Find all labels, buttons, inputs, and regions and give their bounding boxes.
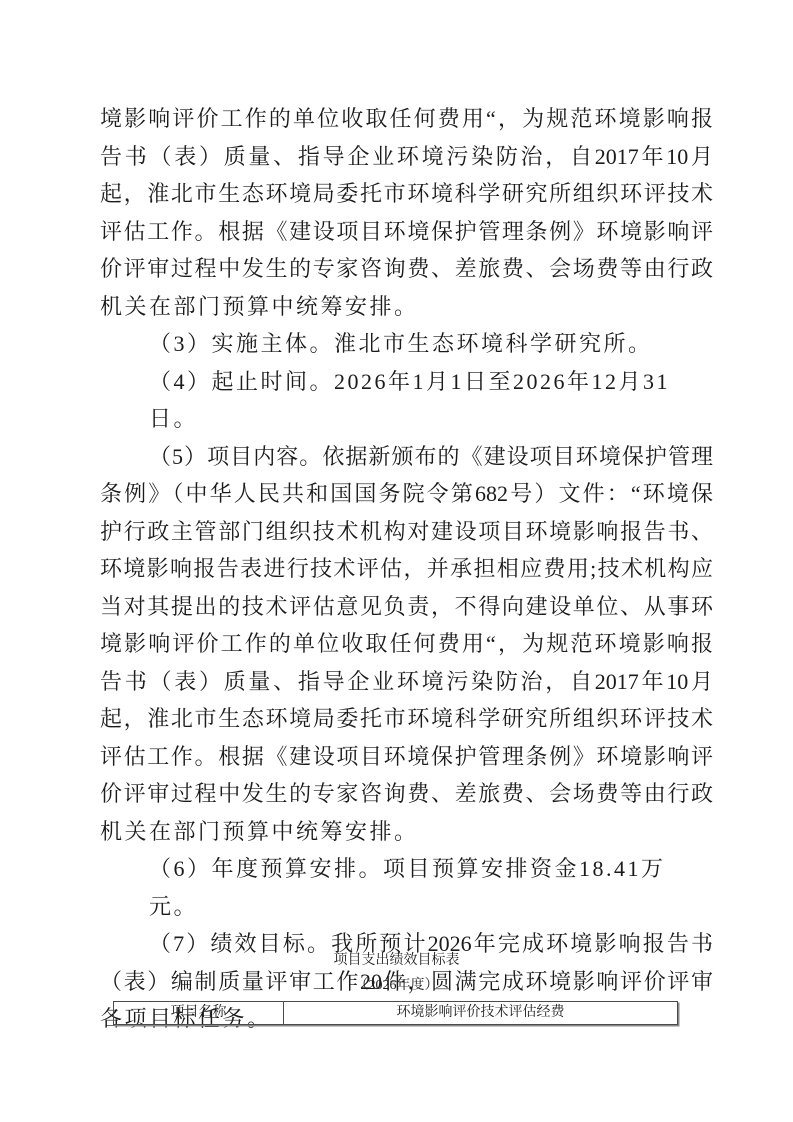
performance-target-table: 项目名称 环境影响评价技术评估经费 [113, 1001, 678, 1025]
table-row: 项目名称 环境影响评价技术评估经费 [114, 1002, 678, 1025]
text-line: 境影响评价工作的单位收取任何费用“，为规范环境影响报 [100, 100, 713, 138]
text-line: 当对其提出的技术评估意见负责，不得向建设单位、从事环 [100, 588, 713, 626]
table-cell-project-name-value: 环境影响评价技术评估经费 [284, 1002, 678, 1025]
text-line: （6）年度预算安排。项目预算安排资金18.41万元。 [100, 850, 713, 925]
text-line: 机关在部门预算中统筹安排。 [100, 288, 713, 326]
document-body-text: 境影响评价工作的单位收取任何费用“，为规范环境影响报 告书（表）质量、指导企业环… [100, 100, 713, 1038]
text-line: 起，淮北市生态环境局委托市环境科学研究所组织环评技术 [100, 175, 713, 213]
text-line: 告书（表）质量、指导企业环境污染防治，自2017年10月 [100, 663, 713, 701]
text-line: 告书（表）质量、指导企业环境污染防治，自2017年10月 [100, 138, 713, 176]
text-line: （3）实施主体。淮北市生态环境科学研究所。 [100, 325, 713, 363]
text-line: 起，淮北市生态环境局委托市环境科学研究所组织环评技术 [100, 700, 713, 738]
document-page: 境影响评价工作的单位收取任何费用“，为规范环境影响报 告书（表）质量、指导企业环… [0, 0, 793, 1122]
text-line: 境影响评价工作的单位收取任何费用“，为规范环境影响报 [100, 625, 713, 663]
table-subtitle: （2026年度） [0, 976, 793, 996]
text-line: 评估工作。根据《建设项目环境保护管理条例》环境影响评 [100, 213, 713, 251]
text-line: 机关在部门预算中统筹安排。 [100, 813, 713, 851]
table-title: 项目支出绩效目标表 [0, 951, 793, 971]
table-cell-project-name-label: 项目名称 [114, 1002, 284, 1025]
text-line: 护行政主管部门组织技术机构对建设项目环境影响报告书、 [100, 513, 713, 551]
text-line: 评估工作。根据《建设项目环境保护管理条例》环境影响评 [100, 738, 713, 776]
text-line: （4）起止时间。2026年1月1日至2026年12月31日。 [100, 363, 713, 438]
text-line: （5）项目内容。依据新颁布的《建设项目环境保护管理 [100, 438, 713, 476]
text-line: 价评审过程中发生的专家咨询费、差旅费、会场费等由行政 [100, 775, 713, 813]
text-line: 价评审过程中发生的专家咨询费、差旅费、会场费等由行政 [100, 250, 713, 288]
text-line: 环境影响报告表进行技术评估，并承担相应费用;技术机构应 [100, 550, 713, 588]
text-line: 条例》（中华人民共和国国务院令第682号）文件：“环境保 [100, 475, 713, 513]
